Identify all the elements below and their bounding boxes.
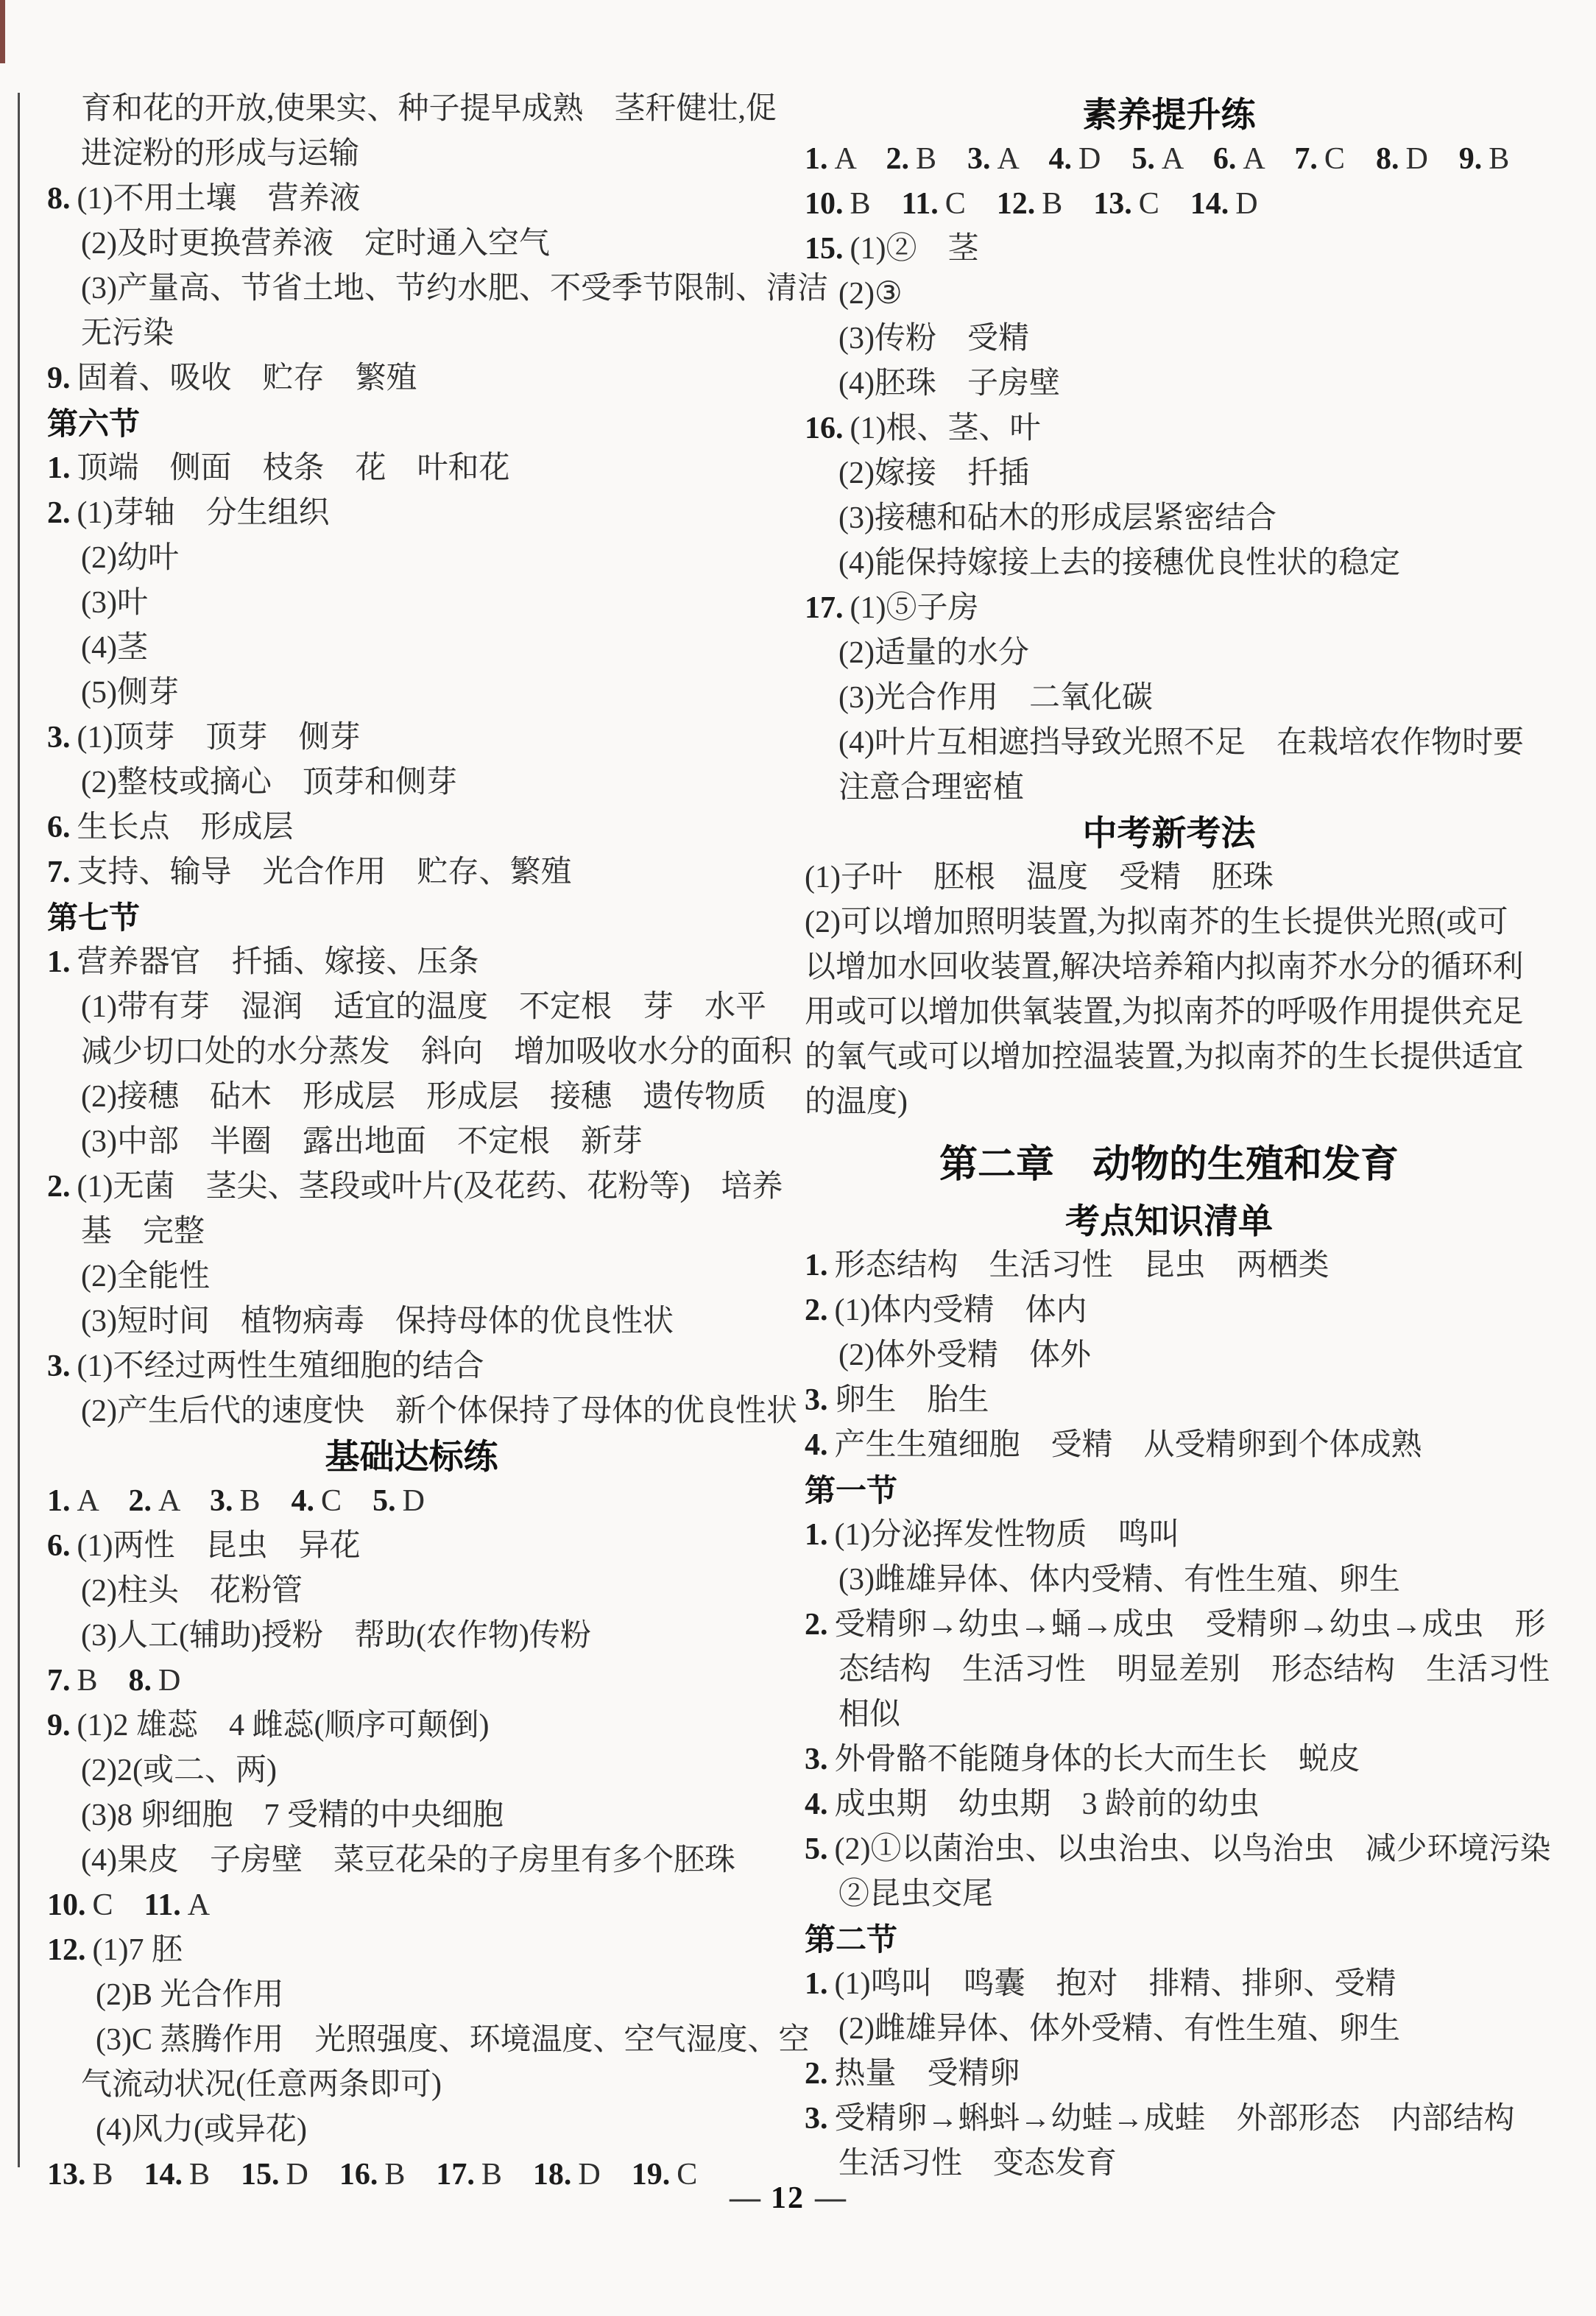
text-line: 17.(1)⑤子房 [805,586,1533,631]
text-line: 1.顶端 侧面 枝条 花 叶和花 [47,446,776,491]
text-line: (3)叶 [47,581,776,626]
text-line: (2)体外受精 体外 [805,1333,1533,1378]
answer-text: D [1235,187,1257,221]
answer-text: (1)体内受精 体内 [835,1293,1087,1327]
answer-text: 基 完整 [81,1215,205,1249]
text-line: 12.(1)7 胚 [47,1928,776,1973]
answer-text: A [158,1484,210,1518]
answer-text: (3)中部 半圈 露出地面 不定根 新芽 [81,1125,643,1159]
answer-text: (1)顶芽 顶芽 侧芽 [77,721,361,755]
answer-text: (2)雌雄异体、体外受精、有性生殖、卵生 [838,2012,1400,2046]
text-line: (2)幼叶 [47,536,776,581]
item-number: 4. [805,1787,828,1821]
text-line: (4)果皮 子房壁 菜豆花朵的子房里有多个胚珠 [47,1838,776,1883]
answer-text: B [1042,187,1093,221]
item-number: 6. [47,811,71,844]
text-line: (3)人工(辅助)授粉 帮助(农作物)传粉 [47,1614,776,1659]
text-line: 6.(1)两性 昆虫 异花 [47,1524,776,1569]
text-line: 的温度) [805,1080,1533,1125]
answer-text: (4)果皮 子房壁 菜豆花朵的子房里有多个胚珠 [81,1843,735,1877]
text-line: 1.营养器官 扦插、嫁接、压条 [47,940,776,985]
text-line: (2)全能性 [47,1254,776,1299]
answer-text: 第二节 [805,1922,897,1957]
answer-text: (2)柱头 花粉管 [81,1574,303,1608]
center-heading: 中考新考法 [805,811,1533,855]
answer-text: 的温度) [805,1085,908,1119]
text-line: 1.A 2.B 3.A 4.D 5.A 6.A 7.C 8.D 9.B [805,137,1533,182]
center-heading: 素养提升练 [805,92,1533,137]
center-heading: 考点知识清单 [805,1198,1533,1243]
item-number: 17. [805,591,844,625]
text-line: 2.(1)芽轴 分生组织 [47,491,776,536]
text-line: 进淀粉的形成与运输 [47,132,776,177]
text-line: 气流动状况(任意两条即可) [47,2063,776,2108]
text-line: (4)胚珠 子房壁 [805,361,1533,406]
text-line: 基 完整 [47,1210,776,1254]
text-line: (2)接穗 砧木 形成层 形成层 接穗 遗传物质 [47,1075,776,1120]
item-number: 10. [47,1888,86,1922]
answer-text: (3)C 蒸腾作用 光照强度、环境温度、空气湿度、空 [96,2023,810,2057]
answer-text: 注意合理密植 [838,771,1024,805]
text-line: (2)雌雄异体、体外受精、有性生殖、卵生 [805,2007,1533,2052]
answer-text: ②昆虫交尾 [838,1877,993,1911]
answer-text: 卵生 胎生 [835,1383,989,1417]
item-number: 2. [129,1484,152,1518]
text-line: (3)传粉 受精 [805,317,1533,361]
text-line: (2)适量的水分 [805,631,1533,676]
answer-text: (2)幼叶 [81,541,179,575]
text-line: 9.固着、吸收 贮存 繁殖 [47,356,776,401]
text-line: (3)中部 半圈 露出地面 不定根 新芽 [47,1120,776,1165]
answer-text: 第七节 [47,900,140,935]
chapter-title: 第二章 动物的生殖和发育 [805,1125,1533,1198]
answer-text: (1)芽轴 分生组织 [77,496,330,530]
answer-text: (4)叶片互相遮挡导致光照不足 在栽培农作物时要 [838,726,1524,760]
scan-edge-artifact [0,0,5,63]
section-label: 第二节 [805,1917,1533,1962]
text-line: (2)2(或二、两) [47,1748,776,1793]
text-line: 1.A 2.A 3.B 4.C 5.D [47,1479,776,1524]
item-number: 4. [805,1428,828,1462]
page-number: 12 [771,2181,805,2215]
text-line: 4.成虫期 幼虫期 3 龄前的幼虫 [805,1782,1533,1827]
text-line: (2)及时更换营养液 定时通入空气 [47,222,776,266]
answer-text: 用或可以增加供氧装置,为拟南芥的呼吸作用提供充足 [805,995,1524,1029]
text-line: 10.C 11.A [47,1883,776,1928]
text-line: (3)雌雄异体、体内受精、有性生殖、卵生 [805,1558,1533,1603]
text-line: (4)叶片互相遮挡导致光照不足 在栽培农作物时要 [805,721,1533,766]
answer-text: 形态结构 生活习性 昆虫 两栖类 [835,1249,1330,1282]
answer-text: (2)全能性 [81,1260,210,1293]
text-line: (4)茎 [47,626,776,671]
answer-text: D [1078,142,1131,176]
item-number: 12. [47,1933,86,1967]
item-number: 11. [902,187,939,221]
answer-text: D [1405,142,1458,176]
text-line: (2)整枝或摘心 顶芽和侧芽 [47,760,776,805]
answer-text: 无污染 [81,317,174,350]
text-line: 3.(1)不经过两性生殖细胞的结合 [47,1344,776,1389]
answer-text: 以增加水回收装置,解决培养箱内拟南芥水分的循环利 [805,950,1524,984]
answer-text: (4)胚珠 子房壁 [838,367,1060,400]
answer-text: (4)风力(或异花) [96,2113,307,2147]
answer-text: (2)2(或二、两) [81,1754,277,1787]
answer-text: (1)两性 昆虫 异花 [77,1529,361,1563]
text-line: (4)能保持嫁接上去的接穗优良性状的稳定 [805,541,1533,586]
text-line: 的氧气或可以增加控温装置,为拟南芥的生长提供适宜 [805,1035,1533,1080]
answer-text: (1)无菌 茎尖、茎段或叶片(及花药、花粉等) 培养 [77,1170,783,1204]
answer-text: 的氧气或可以增加控温装置,为拟南芥的生长提供适宜 [805,1040,1524,1074]
section-label: 第一节 [805,1468,1533,1513]
item-number: 5. [1131,142,1155,176]
answer-text: (2)产生后代的速度快 新个体保持了母体的优良性状 [81,1394,797,1428]
text-line: 3.外骨骼不能随身体的长大而生长 蜕皮 [805,1737,1533,1782]
item-number: 3. [805,1383,828,1417]
answer-text: (1)子叶 胚根 温度 受精 胚珠 [805,861,1274,894]
text-line: (2)可以增加照明装置,为拟南芥的生长提供光照(或可 [805,900,1533,945]
answer-text: A [997,142,1049,176]
answer-text: (3)雌雄异体、体内受精、有性生殖、卵生 [838,1563,1400,1597]
item-number: 4. [292,1484,315,1518]
answer-text: 受精卵→幼虫→蛹→成虫 受精卵→幼虫→成虫 形 [835,1608,1546,1642]
text-line: 以增加水回收装置,解决培养箱内拟南芥水分的循环利 [805,945,1533,990]
answer-text: 基础达标练 [325,1437,498,1476]
text-line: 8.(1)不用土壤 营养液 [47,177,776,222]
text-line: (2)嫁接 扦插 [805,451,1533,496]
answer-key-page: 育和花的开放,使果实、种子提早成熟 茎秆健壮,促进淀粉的形成与运输8.(1)不用… [0,0,1596,2316]
answer-text: (2)及时更换营养液 定时通入空气 [81,227,550,261]
item-number: 9. [47,1709,71,1743]
answer-text: D [158,1664,180,1698]
item-number: 6. [47,1529,71,1563]
answer-text: 素养提升练 [1083,95,1256,134]
text-line: (3)产量高、节省土地、节约水肥、不受季节限制、清洁 [47,266,776,311]
text-line: 注意合理密植 [805,766,1533,811]
text-line: 态结构 生活习性 明显差别 形态结构 生活习性 [805,1648,1533,1692]
answer-text: (3)8 卵细胞 7 受精的中央细胞 [81,1798,504,1832]
item-number: 9. [1459,142,1483,176]
item-number: 11. [144,1888,181,1922]
answer-text: 热量 受精卵 [835,2057,1020,2091]
item-number: 8. [129,1664,152,1698]
text-line: (3)接穗和砧木的形成层紧密结合 [805,496,1533,541]
answer-text: (3)人工(辅助)授粉 帮助(农作物)传粉 [81,1619,591,1653]
left-margin-rule [18,93,20,2167]
text-line: 4.产生生殖细胞 受精 从受精卵到个体成熟 [805,1423,1533,1468]
answer-text: B [916,142,967,176]
answer-text: D [403,1484,425,1518]
answer-text: (3)产量高、节省土地、节约水肥、不受季节限制、清洁 [81,272,828,306]
text-line: 用或可以增加供氧装置,为拟南芥的呼吸作用提供充足 [805,990,1533,1035]
answer-text: (3)光合作用 二氧化碳 [838,681,1153,715]
text-line: 2.(1)无菌 茎尖、茎段或叶片(及花药、花粉等) 培养 [47,1165,776,1210]
answer-text: (1)鸣叫 鸣囊 抱对 排精、排卵、受精 [835,1967,1396,2001]
item-number: 2. [47,496,71,530]
item-number: 14. [1190,187,1229,221]
answer-text: 第二章 动物的生殖和发育 [939,1143,1399,1186]
text-line: 7.支持、输导 光合作用 贮存、繁殖 [47,850,776,895]
text-line: 7.B 8.D [47,1659,776,1704]
answer-text: C [93,1888,144,1922]
answer-text: (1)⑤子房 [850,591,979,625]
answer-text: (2)体外受精 体外 [838,1338,1091,1372]
item-number: 10. [805,187,844,221]
item-number: 1. [805,1249,828,1282]
answer-text: 生活习性 变态发育 [838,2147,1117,2181]
answer-text: 成虫期 幼虫期 3 龄前的幼虫 [835,1787,1260,1821]
text-line: (4)风力(或异花) [47,2108,776,2153]
item-number: 1. [47,451,71,485]
text-line: ②昆虫交尾 [805,1872,1533,1917]
item-number: 7. [1294,142,1318,176]
text-line: (3)C 蒸腾作用 光照强度、环境温度、空气湿度、空 [47,2018,776,2063]
right-column: 素养提升练1.A 2.B 3.A 4.D 5.A 6.A 7.C 8.D 9.B… [805,92,1533,2186]
answer-text: 第六节 [47,406,140,441]
item-number: 7. [47,855,71,889]
item-number: 8. [1376,142,1399,176]
answer-text: (2)可以增加照明装置,为拟南芥的生长提供光照(或可 [805,905,1508,939]
item-number: 9. [47,361,71,395]
answer-text: 气流动状况(任意两条即可) [81,2068,442,2102]
answer-text: 第一节 [805,1473,897,1508]
answer-text: A [1243,142,1294,176]
text-line: 2.受精卵→幼虫→蛹→成虫 受精卵→幼虫→成虫 形 [805,1603,1533,1648]
text-line: 2.(1)体内受精 体内 [805,1288,1533,1333]
text-line: 生活习性 变态发育 [805,2142,1533,2186]
answer-text: (1)分泌挥发性物质 鸣叫 [835,1518,1180,1552]
answer-text: (1)根、茎、叶 [850,412,1041,445]
answer-text: 外骨骼不能随身体的长大而生长 蜕皮 [835,1743,1360,1776]
answer-text: 态结构 生活习性 明显差别 形态结构 生活习性 [838,1653,1550,1687]
item-number: 1. [805,1518,828,1552]
answer-text: 考点知识清单 [1065,1201,1273,1240]
item-number: 1. [47,1484,71,1518]
answer-text: (2)接穗 砧木 形成层 形成层 接穗 遗传物质 [81,1080,766,1114]
answer-text: 受精卵→蝌蚪→幼蛙→成蛙 外部形态 内部结构 [835,2102,1515,2136]
text-line: (2)柱头 花粉管 [47,1569,776,1614]
page-footer: —12— [0,2181,1575,2216]
answer-text: 固着、吸收 贮存 繁殖 [77,361,417,395]
item-number: 3. [210,1484,233,1518]
item-number: 1. [47,945,71,979]
answer-text: 营养器官 扦插、嫁接、压条 [77,945,479,979]
answer-text: B [240,1484,292,1518]
answer-text: 产生生殖细胞 受精 从受精卵到个体成熟 [835,1428,1422,1462]
text-line: (1)子叶 胚根 温度 受精 胚珠 [805,855,1533,900]
answer-text: (1)不用土壤 营养液 [77,182,361,216]
item-number: 12. [997,187,1036,221]
answer-text: 减少切口处的水分蒸发 斜向 增加吸收水分的面积 [81,1035,792,1069]
text-line: (3)短时间 植物病毒 保持母体的优良性状 [47,1299,776,1344]
text-line: 15.(1)② 茎 [805,227,1533,272]
answer-text: B [77,1664,129,1698]
text-line: 16.(1)根、茎、叶 [805,406,1533,451]
answer-text: A [1162,142,1213,176]
item-number: 2. [886,142,910,176]
text-line: 3.受精卵→蝌蚪→幼蛙→成蛙 外部形态 内部结构 [805,2097,1533,2142]
answer-text: (5)侧芽 [81,676,179,710]
answer-text: A [77,1484,129,1518]
item-number: 3. [47,1349,71,1383]
text-line: 5.(2)①以菌治虫、以虫治虫、以鸟治虫 减少环境污染 [805,1827,1533,1872]
text-line: (3)光合作用 二氧化碳 [805,676,1533,721]
item-number: 2. [805,2057,828,2091]
answer-text: (2)①以菌治虫、以虫治虫、以鸟治虫 减少环境污染 [835,1832,1551,1866]
answer-text: C [1139,187,1190,221]
answer-text: A [835,142,886,176]
answer-text: 顶端 侧面 枝条 花 叶和花 [77,451,510,485]
text-line: 10.B 11.C 12.B 13.C 14.D [805,182,1533,227]
answer-text: A [188,1888,210,1922]
item-number: 7. [47,1664,71,1698]
text-line: 无污染 [47,311,776,356]
text-line: 9.(1)2 雄蕊 4 雌蕊(顺序可颠倒) [47,1704,776,1748]
text-line: 1.(1)分泌挥发性物质 鸣叫 [805,1513,1533,1558]
item-number: 6. [1213,142,1237,176]
footer-dash-right: — [815,2181,846,2215]
answer-text: 育和花的开放,使果实、种子提早成熟 茎秆健壮,促 [81,92,777,126]
answer-text: B [1489,142,1509,176]
answer-text: C [321,1484,372,1518]
answer-text: (1)不经过两性生殖细胞的结合 [77,1349,484,1383]
left-column: 育和花的开放,使果实、种子提早成熟 茎秆健壮,促进淀粉的形成与运输8.(1)不用… [47,87,776,2197]
item-number: 1. [805,142,828,176]
answer-text: (2)③ [838,277,903,311]
item-number: 3. [47,721,71,755]
answer-text: (3)传粉 受精 [838,322,1029,356]
answer-text: (4)茎 [81,631,148,665]
answer-text: (1)带有芽 湿润 适宜的温度 不定根 芽 水平 [81,990,766,1024]
answer-text: (1)2 雄蕊 4 雌蕊(顺序可颠倒) [77,1709,490,1743]
item-number: 4. [1049,142,1073,176]
footer-dash-left: — [730,2181,760,2215]
text-line: 3.卵生 胎生 [805,1378,1533,1423]
answer-text: C [1324,142,1376,176]
text-line: (3)8 卵细胞 7 受精的中央细胞 [47,1793,776,1838]
answer-text: 支持、输导 光合作用 贮存、繁殖 [77,855,572,889]
text-line: (2)产生后代的速度快 新个体保持了母体的优良性状 [47,1389,776,1434]
answer-text: (1)7 胚 [93,1933,183,1967]
item-number: 16. [805,412,844,445]
answer-text: 相似 [838,1698,900,1731]
answer-text: (2)嫁接 扦插 [838,456,1029,490]
answer-text: (1)② 茎 [850,232,979,266]
item-number: 2. [47,1170,71,1204]
text-line: 6.生长点 形成层 [47,805,776,850]
answer-text: (3)短时间 植物病毒 保持母体的优良性状 [81,1304,674,1338]
answer-text: (2)B 光合作用 [96,1978,284,2012]
answer-text: 生长点 形成层 [77,811,294,844]
text-line: 相似 [805,1692,1533,1737]
text-line: 育和花的开放,使果实、种子提早成熟 茎秆健壮,促 [47,87,776,132]
answer-text: B [850,187,902,221]
text-line: 3.(1)顶芽 顶芽 侧芽 [47,716,776,760]
text-line: (5)侧芽 [47,671,776,716]
answer-text: (3)接穗和砧木的形成层紧密结合 [838,501,1277,535]
section-label: 第七节 [47,895,776,940]
text-line: 1.形态结构 生活习性 昆虫 两栖类 [805,1243,1533,1288]
text-line: (2)③ [805,272,1533,317]
answer-text: (2)整枝或摘心 顶芽和侧芽 [81,766,457,799]
item-number: 3. [967,142,991,176]
answer-text: (2)适量的水分 [838,636,1029,670]
item-number: 3. [805,2102,828,2136]
item-number: 5. [805,1832,828,1866]
text-line: 减少切口处的水分蒸发 斜向 增加吸收水分的面积 [47,1030,776,1075]
answer-text: 进淀粉的形成与运输 [81,137,359,171]
answer-text: (4)能保持嫁接上去的接穗优良性状的稳定 [838,546,1400,580]
center-heading: 基础达标练 [47,1434,776,1479]
answer-text: 中考新考法 [1083,813,1256,852]
item-number: 2. [805,1608,828,1642]
item-number: 8. [47,182,71,216]
answer-text: (3)叶 [81,586,148,620]
text-line: (2)B 光合作用 [47,1973,776,2018]
item-number: 3. [805,1743,828,1776]
item-number: 1. [805,1967,828,2001]
item-number: 15. [805,232,844,266]
item-number: 5. [372,1484,396,1518]
section-label: 第六节 [47,401,776,446]
text-line: (1)带有芽 湿润 适宜的温度 不定根 芽 水平 [47,985,776,1030]
text-line: 2.热量 受精卵 [805,2052,1533,2097]
item-number: 2. [805,1293,828,1327]
answer-text: C [945,187,997,221]
item-number: 13. [1093,187,1132,221]
text-line: 1.(1)鸣叫 鸣囊 抱对 排精、排卵、受精 [805,1962,1533,2007]
